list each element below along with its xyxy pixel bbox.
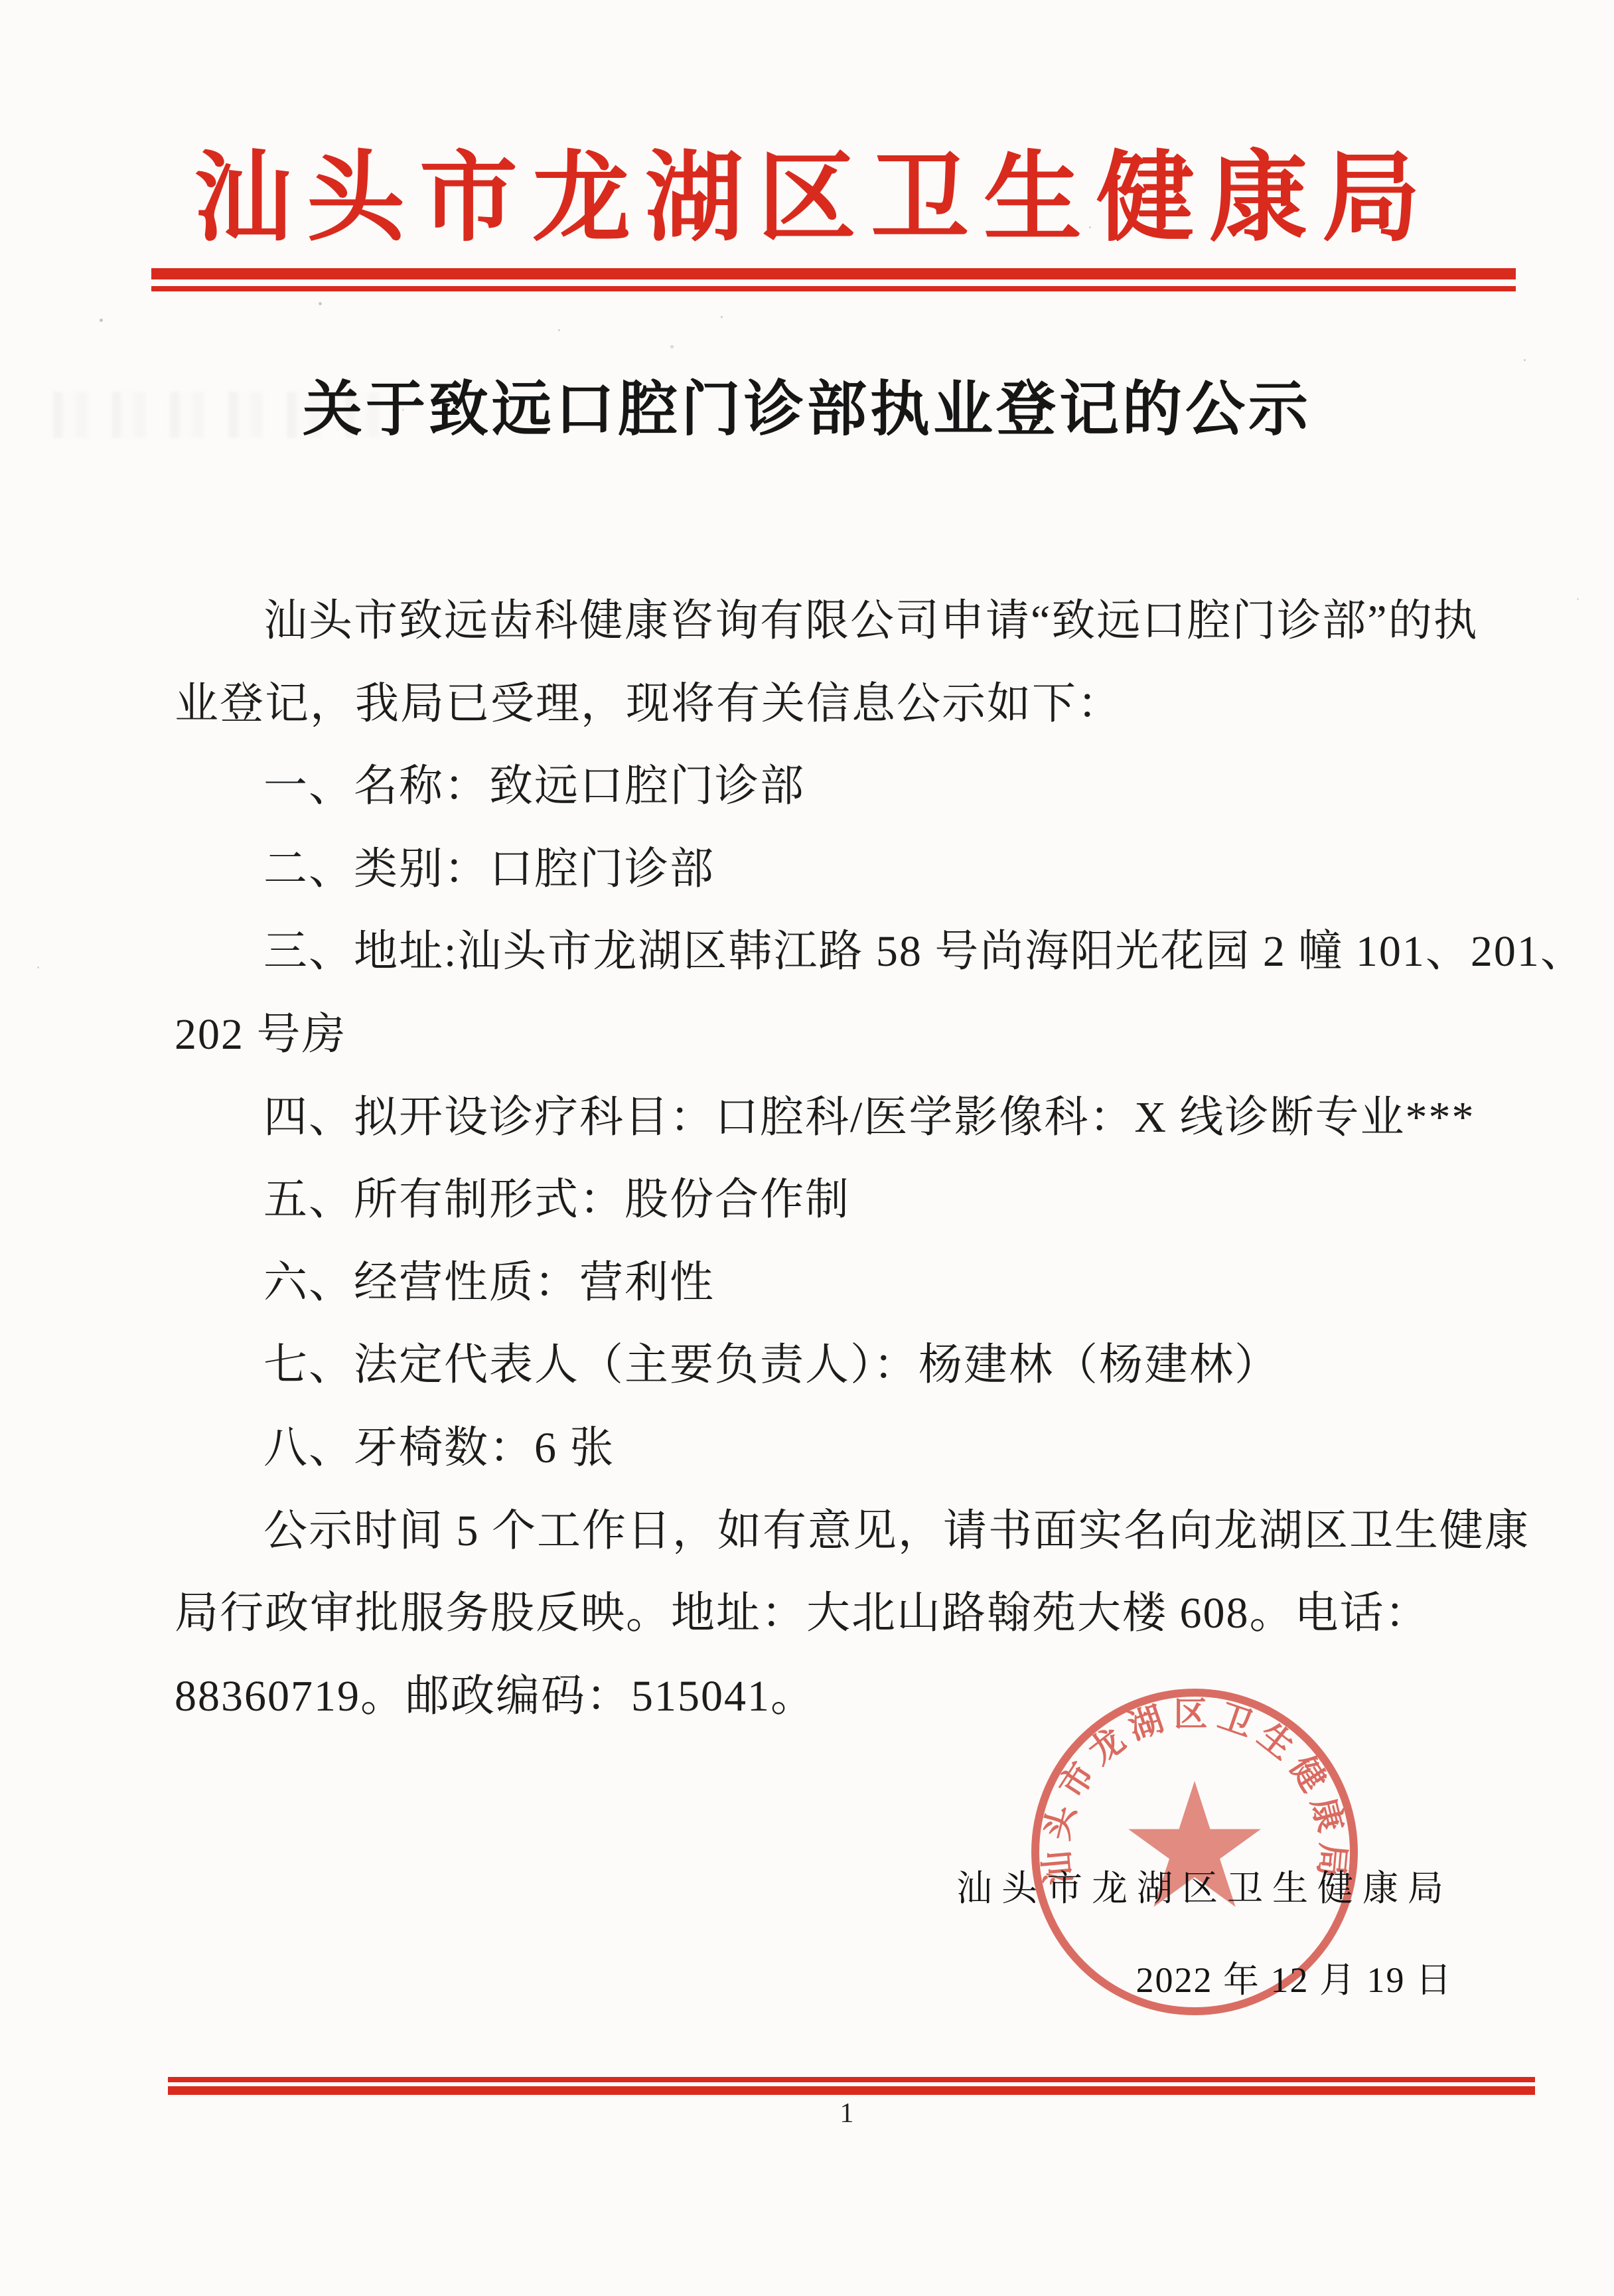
body-line: 业登记，我局已受理，现将有关信息公示如下： xyxy=(175,663,1499,746)
body-line: 八、牙椅数：6 张 xyxy=(175,1407,1499,1490)
body-line: 局行政审批服务股反映。地址：大北山路翰苑大楼 608。电话： xyxy=(175,1572,1499,1655)
letterhead-rule-thick xyxy=(151,268,1516,279)
footer-rule-thin xyxy=(168,2077,1535,2082)
scan-speckles xyxy=(100,319,103,322)
body-line: 六、经营性质：营利性 xyxy=(175,1242,1499,1325)
signature-agency: 汕头市龙湖区卫生健康局 xyxy=(956,1860,1453,1911)
document-title: 关于致远口腔门诊部执业登记的公示 xyxy=(0,376,1614,445)
body-line: 五、所有制形式：股份合作制 xyxy=(175,1159,1499,1242)
footer-rule-thick xyxy=(168,2086,1535,2095)
body-line: 公示时间 5 个工作日，如有意见，请书面实名向龙湖区卫生健康 xyxy=(175,1490,1499,1573)
body-line: 一、名称：致远口腔门诊部 xyxy=(175,745,1499,828)
page-number: 1 xyxy=(0,2098,1614,2129)
document-page: 汕头市龙湖区卫生健康局 关于致远口腔门诊部执业登记的公示 汕头市致远齿科健康咨询… xyxy=(0,0,1614,2296)
body-line: 202 号房 xyxy=(175,994,1499,1077)
body-line: 三、地址:汕头市龙湖区韩江路 58 号尚海阳光花园 2 幢 101、201、 xyxy=(175,911,1499,994)
signature-date: 2022 年 12 月 19 日 xyxy=(1136,1952,1453,2003)
body-line: 七、法定代表人（主要负责人）：杨建林（杨建林） xyxy=(175,1324,1499,1407)
body-line: 二、类别：口腔门诊部 xyxy=(175,828,1499,911)
letterhead-rule-thin xyxy=(151,286,1516,291)
letterhead-agency-name: 汕头市龙湖区卫生健康局 xyxy=(0,145,1614,254)
body-line: 四、拟开设诊疗科目：口腔科/医学影像科：X 线诊断专业*** xyxy=(175,1077,1499,1160)
document-body: 汕头市致远齿科健康咨询有限公司申请“致远口腔门诊部”的执业登记，我局已受理，现将… xyxy=(175,580,1499,1738)
body-line: 汕头市致远齿科健康咨询有限公司申请“致远口腔门诊部”的执 xyxy=(175,580,1499,663)
